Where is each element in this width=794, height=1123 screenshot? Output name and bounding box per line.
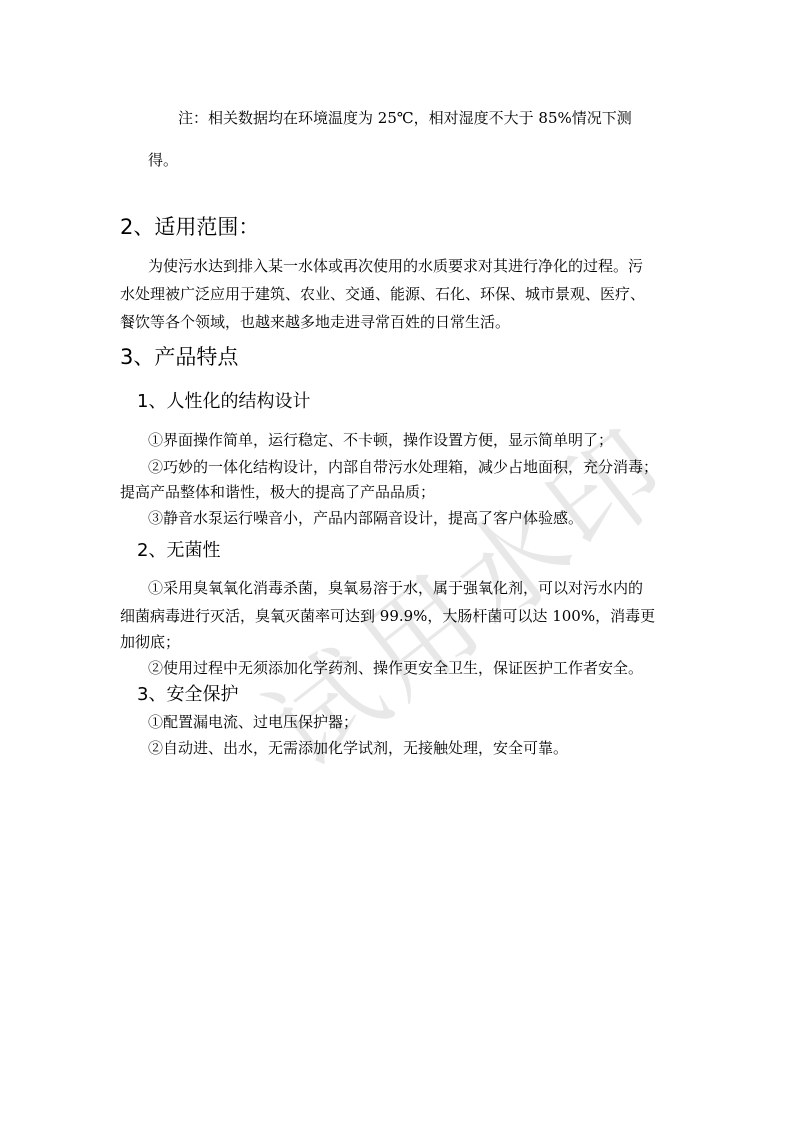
sterility-line-2: 细菌病毒进行灭活，臭氧灭菌率可达到 99.9%，大肠杆菌可以达 100%，消毒更 [120,606,655,626]
sterility-line-1: ①采用臭氧氧化消毒杀菌，臭氧易溶于水，属于强氧化剂，可以对污水内的 [148,578,643,598]
scope-line-3: 餐饮等各个领域，也越来越多地走进寻常百姓的日常生活。 [120,312,510,332]
safety-line-2: ②自动进、出水，无需添加化学试剂，无接触处理，安全可靠。 [148,738,568,758]
section-heading-features: 3、产品特点 [120,344,238,370]
section-heading-scope: 2、适用范围： [120,214,259,240]
sterility-line-3: 加彻底； [120,632,180,652]
note-line-1: 注：相关数据均在环境温度为 25℃，相对湿度不大于 85%情况下测 [178,108,632,128]
scope-line-1: 为使污水达到排入某一水体或再次使用的水质要求对其进行净化的过程。污 [148,256,643,276]
subheading-sterility: 2、无菌性 [137,540,220,562]
structure-line-3: 提高产品整体和谐性，极大的提高了产品品质； [120,482,435,502]
subheading-structure-design: 1、人性化的结构设计 [137,391,310,413]
note-line-2: 得。 [148,150,178,170]
scope-line-2: 水处理被广泛应用于建筑、农业、交通、能源、石化、环保、城市景观、医疗、 [120,284,645,304]
structure-line-4: ③静音水泵运行噪音小，产品内部隔音设计，提高了客户体验感。 [148,508,583,528]
structure-line-2: ②巧妙的一体化结构设计，内部自带污水处理箱，减少占地面积，充分消毒； [148,457,658,477]
sterility-line-4: ②使用过程中无须添加化学药剂、操作更安全卫生，保证医护工作者安全。 [148,658,643,678]
safety-line-1: ①配置漏电流、过电压保护器； [148,712,358,732]
structure-line-1: ①界面操作简单，运行稳定、不卡顿，操作设置方便，显示简单明了； [148,430,613,450]
subheading-safety: 3、安全保护 [137,684,238,706]
